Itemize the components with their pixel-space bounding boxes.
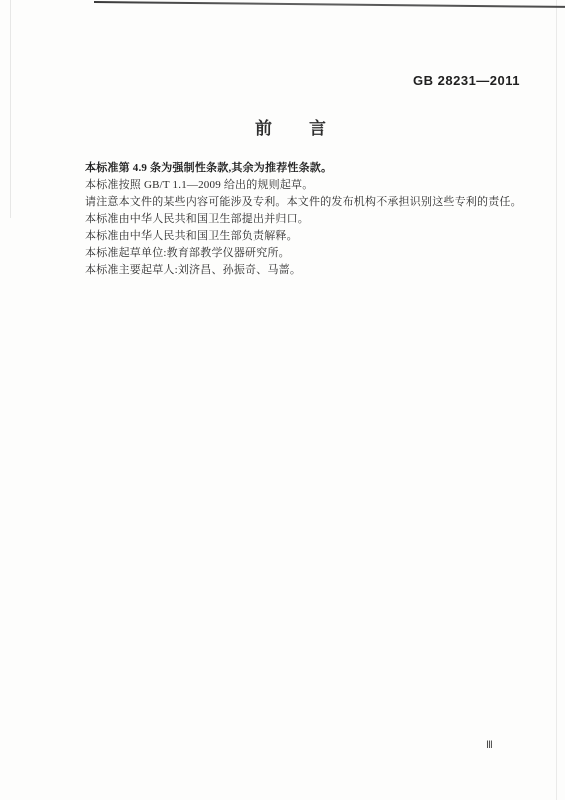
- paragraph-proposed-by: 本标准由中华人民共和国卫生部提出并归口。: [85, 211, 525, 228]
- paragraph-mandatory-clause: 本标准第 4.9 条为强制性条款,其余为推荐性条款。: [85, 160, 525, 177]
- standard-code: GB 28231—2011: [413, 74, 520, 87]
- paragraph-main-drafters: 本标准主要起草人:刘济昌、孙振奇、马蔷。: [85, 262, 525, 279]
- paragraph-drafting-rules: 本标准按照 GB/T 1.1—2009 给出的规则起草。: [85, 177, 525, 194]
- paragraph-interpreted-by: 本标准由中华人民共和国卫生部负责解释。: [85, 228, 525, 245]
- paragraph-patent-notice: 请注意本文件的某些内容可能涉及专利。本文件的发布机构不承担识别这些专利的责任。: [85, 194, 525, 211]
- title-char-yan: 言: [309, 119, 327, 138]
- scanned-standard-page: GB 28231—2011 前言 本标准第 4.9 条为强制性条款,其余为推荐性…: [0, 0, 565, 800]
- foreword-body: 本标准第 4.9 条为强制性条款,其余为推荐性条款。 本标准按照 GB/T 1.…: [85, 160, 525, 279]
- title-char-qian: 前: [255, 119, 273, 138]
- page-number: Ⅲ: [486, 740, 493, 751]
- scan-edge-top: [94, 1, 565, 8]
- page-title: 前言: [85, 117, 497, 141]
- scan-edge-right: [556, 0, 557, 800]
- scan-edge-left: [10, 0, 11, 218]
- paragraph-drafting-unit: 本标准起草单位:教育部教学仪器研究所。: [85, 245, 525, 262]
